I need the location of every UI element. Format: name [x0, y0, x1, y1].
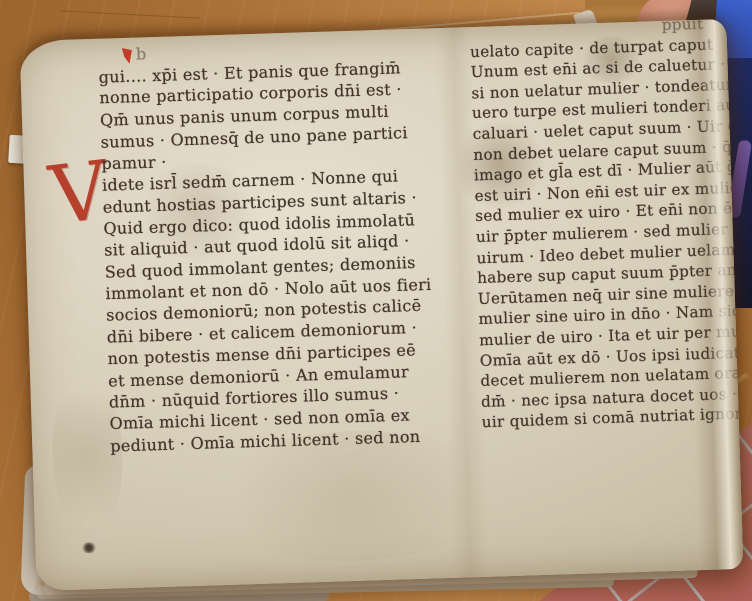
wormhole	[81, 542, 96, 553]
parchment-page: V bgui.... xp̄i est · Et panis que frang…	[20, 19, 744, 591]
manuscript-photo: V bgui.... xp̄i est · Et panis que frang…	[0, 0, 752, 601]
left-text-column: bgui.... xp̄i est · Et panis que frangim…	[98, 34, 467, 457]
manuscript-book: V bgui.... xp̄i est · Et panis que frang…	[20, 19, 744, 591]
